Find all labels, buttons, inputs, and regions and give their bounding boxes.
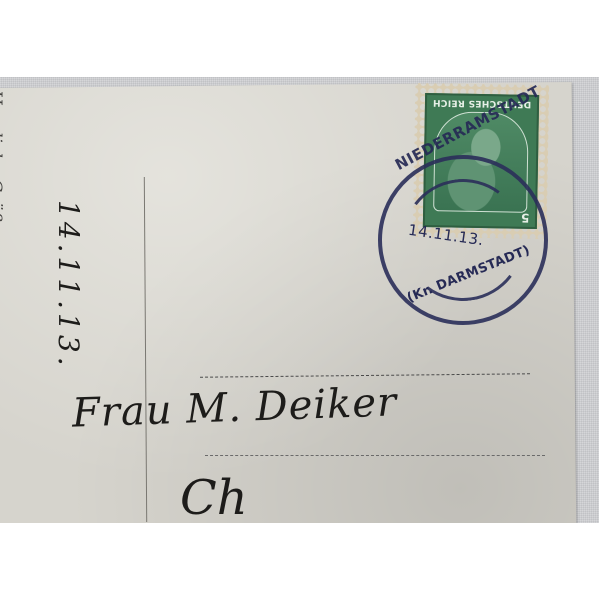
recipient-address: Ch: [180, 470, 248, 526]
handwritten-message: Herzliche Grüße sendet Dir Josef ...: [0, 90, 8, 233]
address-dotted-line-2: [205, 455, 545, 456]
handwritten-date: 14.11.13.: [52, 200, 85, 370]
